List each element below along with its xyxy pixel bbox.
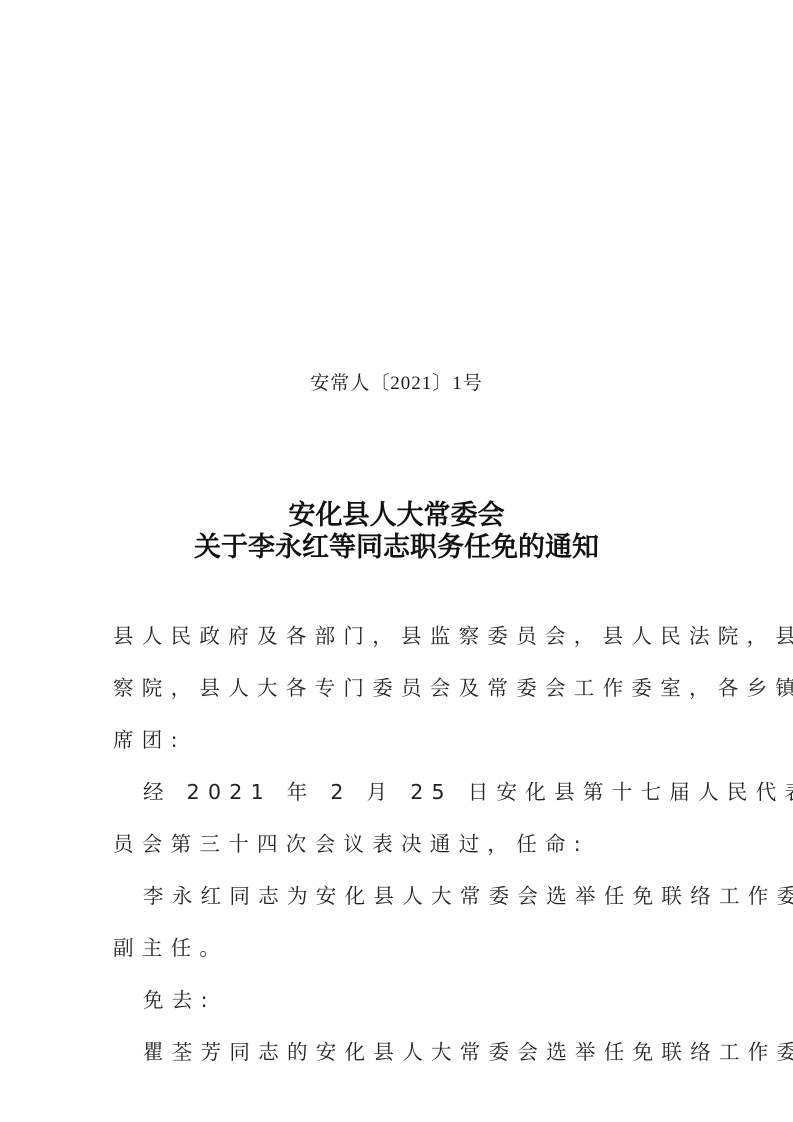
document-page: 安常人〔2021〕1号 安化县人大常委会 关于李永红等同志职务任免的通知 县人民… [0,0,793,1122]
appointment-line-2: 副主任。 [113,933,715,963]
removal-line-1: 瞿荃芳同志的安化县人大常委会选举任免联络工作委员会 [143,1037,715,1067]
decision-paragraph-line-2: 员会第三十四次会议表决通过，任命: [113,829,715,859]
removal-label: 免去: [143,985,715,1015]
document-number: 安常人〔2021〕1号 [0,370,793,398]
addressee-line-3: 席团: [113,725,715,755]
decision-paragraph-line-1: 经 2021 年 2 月 25 日安化县第十七届人民代表大会常务委 [143,777,715,807]
addressee-line-2: 察院，县人大各专门委员会及常委会工作委室，各乡镇人大主 [113,673,715,703]
document-title-line-1: 安化县人大常委会 [0,499,793,533]
addressee-line-1: 县人民政府及各部门，县监察委员会，县人民法院，县人民检 [113,621,715,651]
document-title-line-2: 关于李永红等同志职务任免的通知 [0,531,793,565]
appointment-line-1: 李永红同志为安化县人大常委会选举任免联络工作委员会 [143,881,715,911]
